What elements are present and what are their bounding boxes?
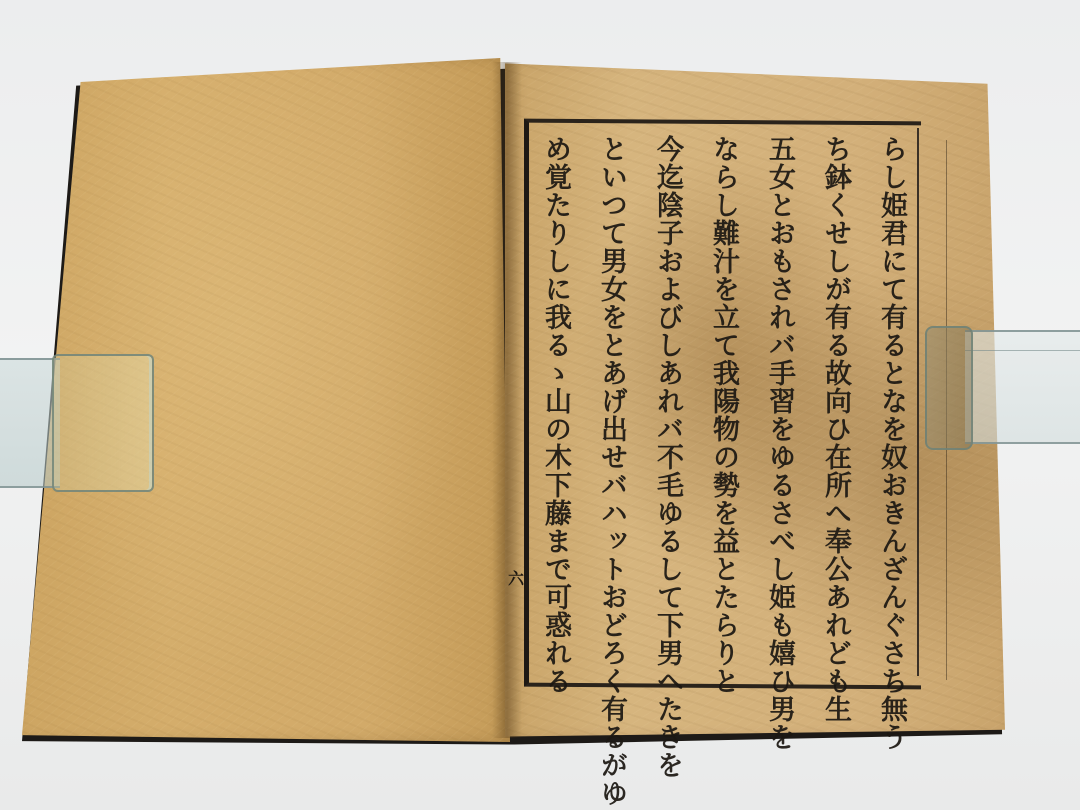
text-column: らし姫君にて有るとなを奴おきんざんぐさち無う bbox=[874, 135, 908, 675]
text-columns: らし姫君にて有るとなを奴おきんざんぐさち無う ち鉢くせしが有る故向ひ在所へ奉公あ… bbox=[538, 135, 908, 675]
text-column: め覚たりしに我るゝ山の木下藤まで可惑れる bbox=[538, 135, 572, 675]
text-column: ち鉢くせしが有る故向ひ在所へ奉公あれども生 bbox=[818, 135, 852, 675]
glass-block bbox=[925, 326, 973, 450]
text-column: 五女とおもされバ手習をゆるさべし姫も嬉ひ男を bbox=[762, 135, 796, 675]
glass-clip-left bbox=[0, 352, 152, 490]
glass-block bbox=[52, 354, 154, 492]
book-gutter bbox=[492, 62, 522, 738]
text-column: ならし難汁を立て我陽物の勢を益とたらりと bbox=[706, 135, 740, 675]
page-number: 六 bbox=[508, 566, 524, 589]
text-column: 今迄陰子およびしあれバ不毛ゆるして下男へたきを bbox=[650, 135, 684, 675]
glass-strip bbox=[965, 330, 1080, 444]
frame-rule bbox=[917, 128, 919, 676]
photo-scene: らし姫君にて有るとなを奴おきんざんぐさち無う ち鉢くせしが有る故向ひ在所へ奉公あ… bbox=[0, 0, 1080, 810]
glass-strip bbox=[0, 358, 60, 488]
glass-clip-right bbox=[925, 326, 1080, 450]
text-column: といつて男女をとあげ出せバハットおどろく有るがゆ bbox=[594, 135, 628, 675]
